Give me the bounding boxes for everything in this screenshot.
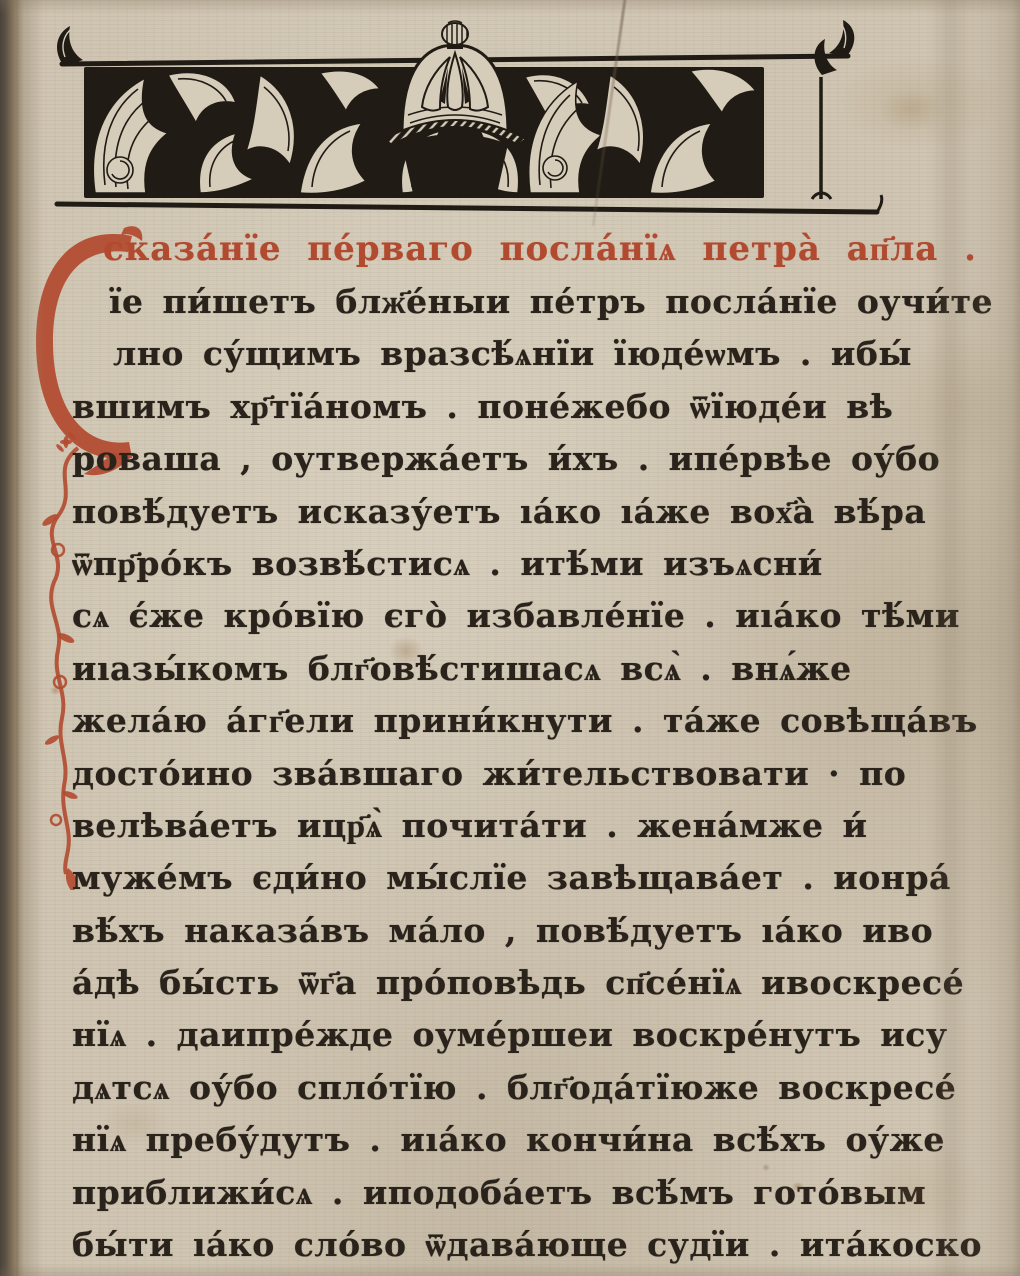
book-page-scan: С сказа́нїе пе́рваго посла́нїѧ петра̀ ап…	[0, 0, 1020, 1276]
text-line: нїѧ пребу́дутъ . иıа́ко кончи́на всѣ́хъ …	[72, 1120, 884, 1172]
text-line: вшимъ хр҃тїа́номъ . поне́жебо ѿїюде́и вѣ	[72, 387, 884, 439]
stain	[878, 88, 944, 132]
text-line: бы́ти ıа́ко сло́во ѿдава́юще судїи . ита…	[72, 1225, 884, 1276]
text-line: повѣ́дуетъ исказу́етъ ıа́ко ıа́же вох҃а̀…	[72, 492, 884, 544]
text-line: роваша , оутвержа́етъ и́хъ . ипе́рвѣе оу…	[72, 439, 884, 491]
body-text: їе пи́шетъ блж҃е́ныи пе́тръ посла́нїе оу…	[72, 282, 884, 1276]
chapter-heading-rubric: сказа́нїе пе́рваго посла́нїѧ петра̀ ап҃л…	[103, 229, 977, 283]
text-line: нїѧ . даипре́жде оуме́ршеи воскре́нутъ и…	[72, 1015, 884, 1067]
text-line: досто́ино зва́вшаго жи́тельствовати · по	[72, 754, 884, 806]
page-edge	[950, 0, 1020, 1276]
text-line: дѧтсѧ оу́бо спло́тїю . блг҃ода́тїюже вос…	[72, 1068, 884, 1120]
paper-crease	[16, 0, 18, 1276]
leaf-finial-left	[57, 26, 83, 66]
text-line: вѣ́хъ наказа́въ ма́ло , повѣ́дуетъ ıа́ко…	[72, 911, 884, 963]
headpiece-woodcut	[50, 15, 885, 220]
text-line: лно су́щимъ вразсѣ́ѧнїи їюде́ѡмъ . ибы́	[72, 334, 884, 386]
text-line: сѧ є́же кро́вїю єго̀ избавле́нїе . иıа́к…	[72, 596, 884, 648]
text-line: муже́мъ єди́но мы́слїе завѣщава́ет . ион…	[72, 858, 884, 910]
text-line: иıазы́комъ блг҃овѣ́стишасѧ всѧ̀ . внѧ́же	[72, 649, 884, 701]
page-edge	[0, 0, 1020, 14]
text-line: приближи́сѧ . иподоба́етъ всѣ́мъ гото́вы…	[72, 1173, 884, 1225]
text-line: жела́ю а́гг҃ели прини́кнути . та́же совѣ…	[72, 701, 884, 753]
text-line: їе пи́шетъ блж҃е́ныи пе́тръ посла́нїе оу…	[72, 282, 884, 334]
text-line: а́дѣ бы́сть ѿг҃а про́повѣдь сп҃се́нїѧ ив…	[72, 963, 884, 1015]
text-line: ѿпр҃ро́къ возвѣ́стисѧ . итѣ́ми изъѧсни́	[72, 544, 884, 596]
text-line: велѣва́етъ ицр҃ѧ̀ почита́ти . жена́мже и…	[72, 806, 884, 858]
